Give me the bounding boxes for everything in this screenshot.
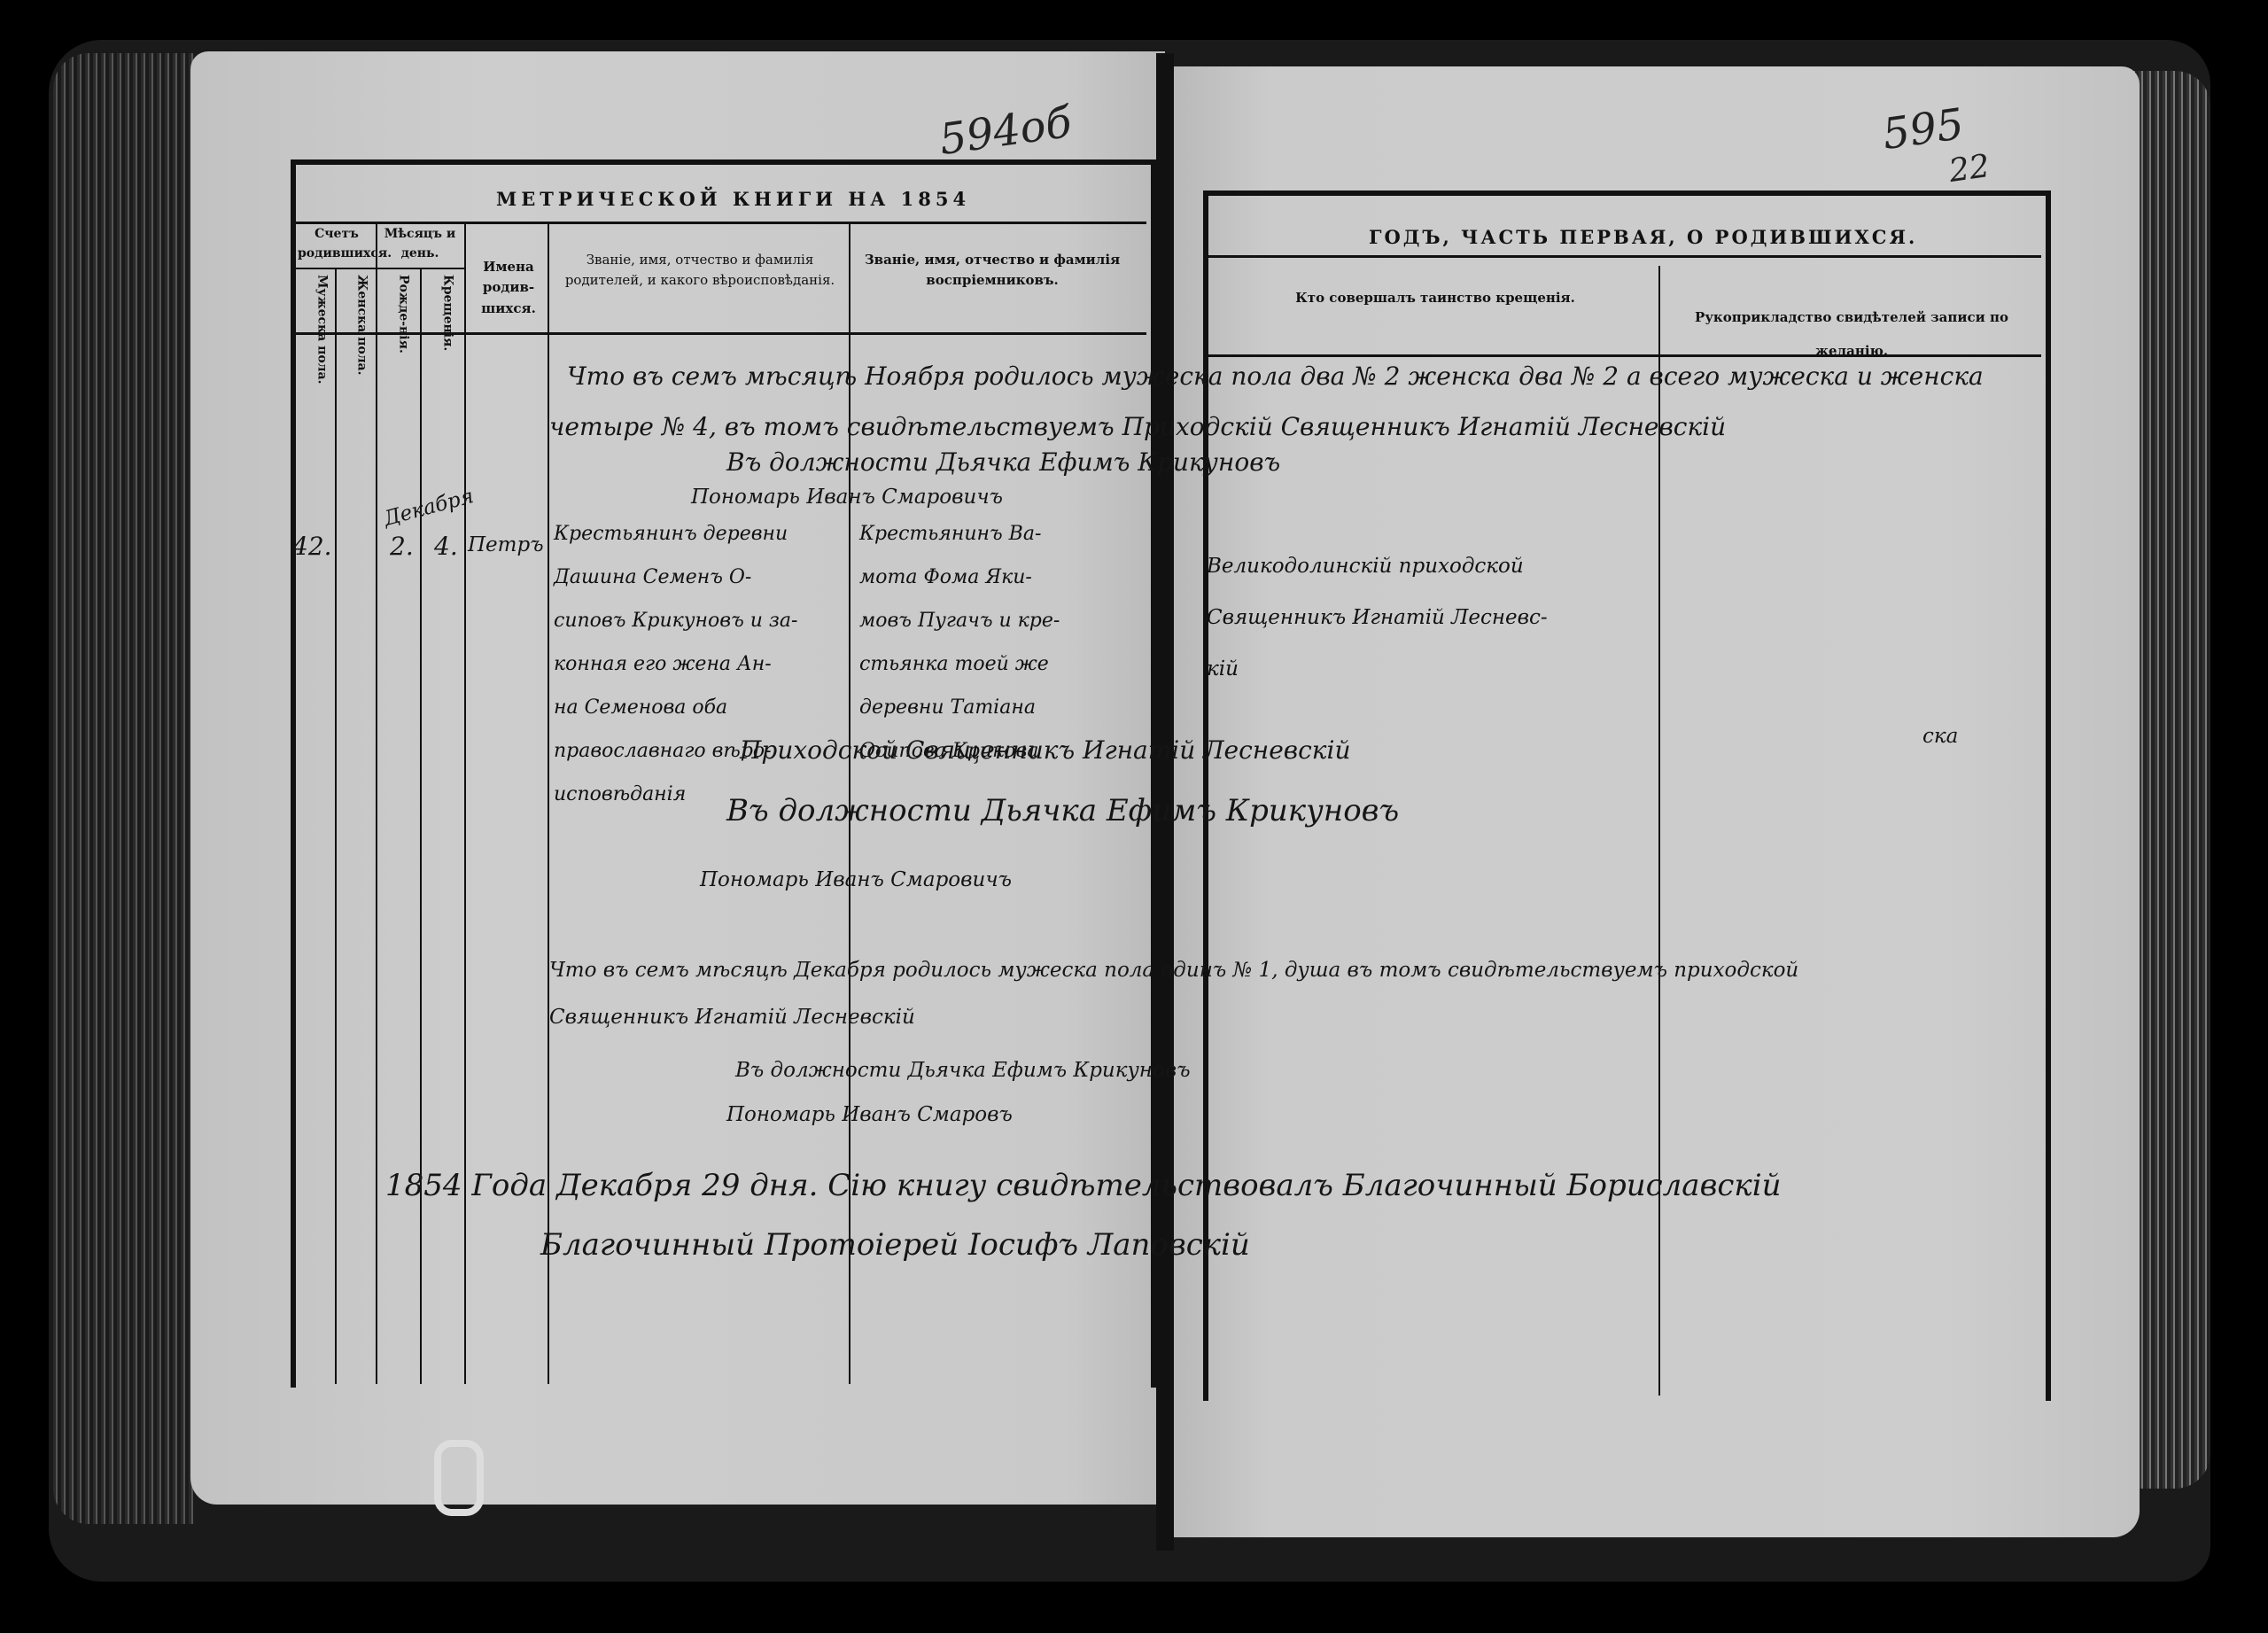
parents-line: Дашина Семенъ О- (554, 556, 846, 599)
certification-line2: Благочинный Протоіерей Іосифъ Лаповскій (540, 1227, 1250, 1263)
divider (296, 268, 464, 269)
signature-sexton: Пономарь Иванъ Смаровичъ (700, 868, 1012, 891)
record-godparents: Крестьянинъ Ва- мота Фома Яки- мовъ Пуга… (859, 512, 1143, 773)
godparents-line: стьянка тоей же (859, 642, 1143, 686)
godparents-line: деревни Татіана (859, 686, 1143, 729)
parents-line: Крестьянинъ деревни (554, 512, 846, 556)
godparents-line: Крестьянинъ Ва- (859, 512, 1143, 556)
parents-line: сиповъ Крикуновъ и за- (554, 599, 846, 642)
col-line (376, 223, 377, 1384)
header-count-female: Женска пола. (354, 275, 368, 376)
record-baptism-day: 4. (434, 532, 458, 561)
certification-line1: 1854 Года Декабря 29 дня. Сію книгу свид… (385, 1168, 1782, 1203)
divider (296, 222, 1146, 224)
divider (1208, 255, 2041, 258)
col-line (548, 223, 549, 1384)
header-birth: Рожде-нія. (396, 275, 409, 354)
baptizer-line: Великодолинскій приходской (1207, 540, 1667, 592)
parents-line: на Семенова оба (554, 686, 846, 729)
summary-nov-line4: Пономарь Иванъ Смаровичъ (691, 486, 1003, 509)
godparents-line: мота Фома Яки- (859, 556, 1143, 599)
header-names: Имена родив-шихся. (470, 257, 548, 319)
header-witnesses: Рукоприкладство свидѣтелей записи по жел… (1670, 301, 2033, 368)
page-edges-right (2131, 71, 2210, 1489)
col-line (464, 223, 466, 1384)
header-count-group: Счетъ родившихся. (298, 225, 376, 263)
record-name: Петръ (468, 533, 544, 556)
col-line (335, 268, 337, 1384)
summary-nov-line2: четыре № 4, въ томъ свидѣтельствуемъ При… (549, 412, 1726, 441)
summary-nov-line3: Въ должности Дьячка Ефимъ Крикуновъ (726, 447, 1280, 477)
record-birth-day: 2. (390, 532, 414, 561)
summary-dec-line3: Въ должности Дьячка Ефимъ Крикуновъ (735, 1059, 1191, 1082)
record-baptizer: Великодолинскій приходской Священникъ Иг… (1207, 540, 1667, 695)
binding-ring (434, 1440, 484, 1516)
summary-dec-line1: Что въ семъ мѣсяцѣ Декабря родилось муже… (549, 959, 1798, 982)
signature-priest: Приходской Священникъ Игнатій Лесневскій (740, 735, 1351, 765)
baptizer-line: кій (1207, 643, 1667, 695)
header-count-male: Мужеска пола. (315, 275, 328, 384)
signature-deacon: Въ должности Дьячка Ефимъ Крикуновъ (726, 793, 1399, 828)
godparents-line: мовъ Пугачъ и кре- (859, 599, 1143, 642)
header-parents: Званіе, имя, отчество и фамилія родителе… (554, 250, 846, 292)
col-line (420, 268, 422, 1384)
page-edges-left (53, 53, 195, 1524)
baptizer-line: Священникъ Игнатій Лесневс- (1207, 592, 1667, 643)
header-baptizer: Кто совершалъ таинство крещенія. (1214, 288, 1657, 308)
summary-dec-line2: Священникъ Игнатій Лесневскій (549, 1006, 915, 1029)
margin-note: ска (1922, 725, 1958, 748)
divider (296, 332, 1146, 335)
right-page-title: ГОДЪ, ЧАСТЬ ПЕРВАЯ, О РОДИВШИХСЯ. (1369, 226, 1917, 248)
record-number: 42. (292, 532, 332, 561)
header-godparents: Званіе, имя, отчество и фамилія воспріем… (855, 250, 1130, 292)
record-parents: Крестьянинъ деревни Дашина Семенъ О- сип… (554, 512, 846, 816)
summary-nov-line1: Что въ семъ мѣсяцѣ Ноября родилось мужес… (567, 362, 1984, 391)
sheet-number: 22 (1946, 148, 1992, 190)
header-baptism: Крещенія. (440, 275, 454, 351)
parents-line: конная его жена Ан- (554, 642, 846, 686)
divider (1208, 354, 2041, 357)
header-month-day-group: Мѣсяцъ и день. (381, 225, 459, 263)
left-page-title: МЕТРИЧЕСКОЙ КНИГИ НА 1854 (496, 188, 970, 210)
summary-dec-line4: Пономарь Иванъ Смаровъ (726, 1103, 1013, 1126)
